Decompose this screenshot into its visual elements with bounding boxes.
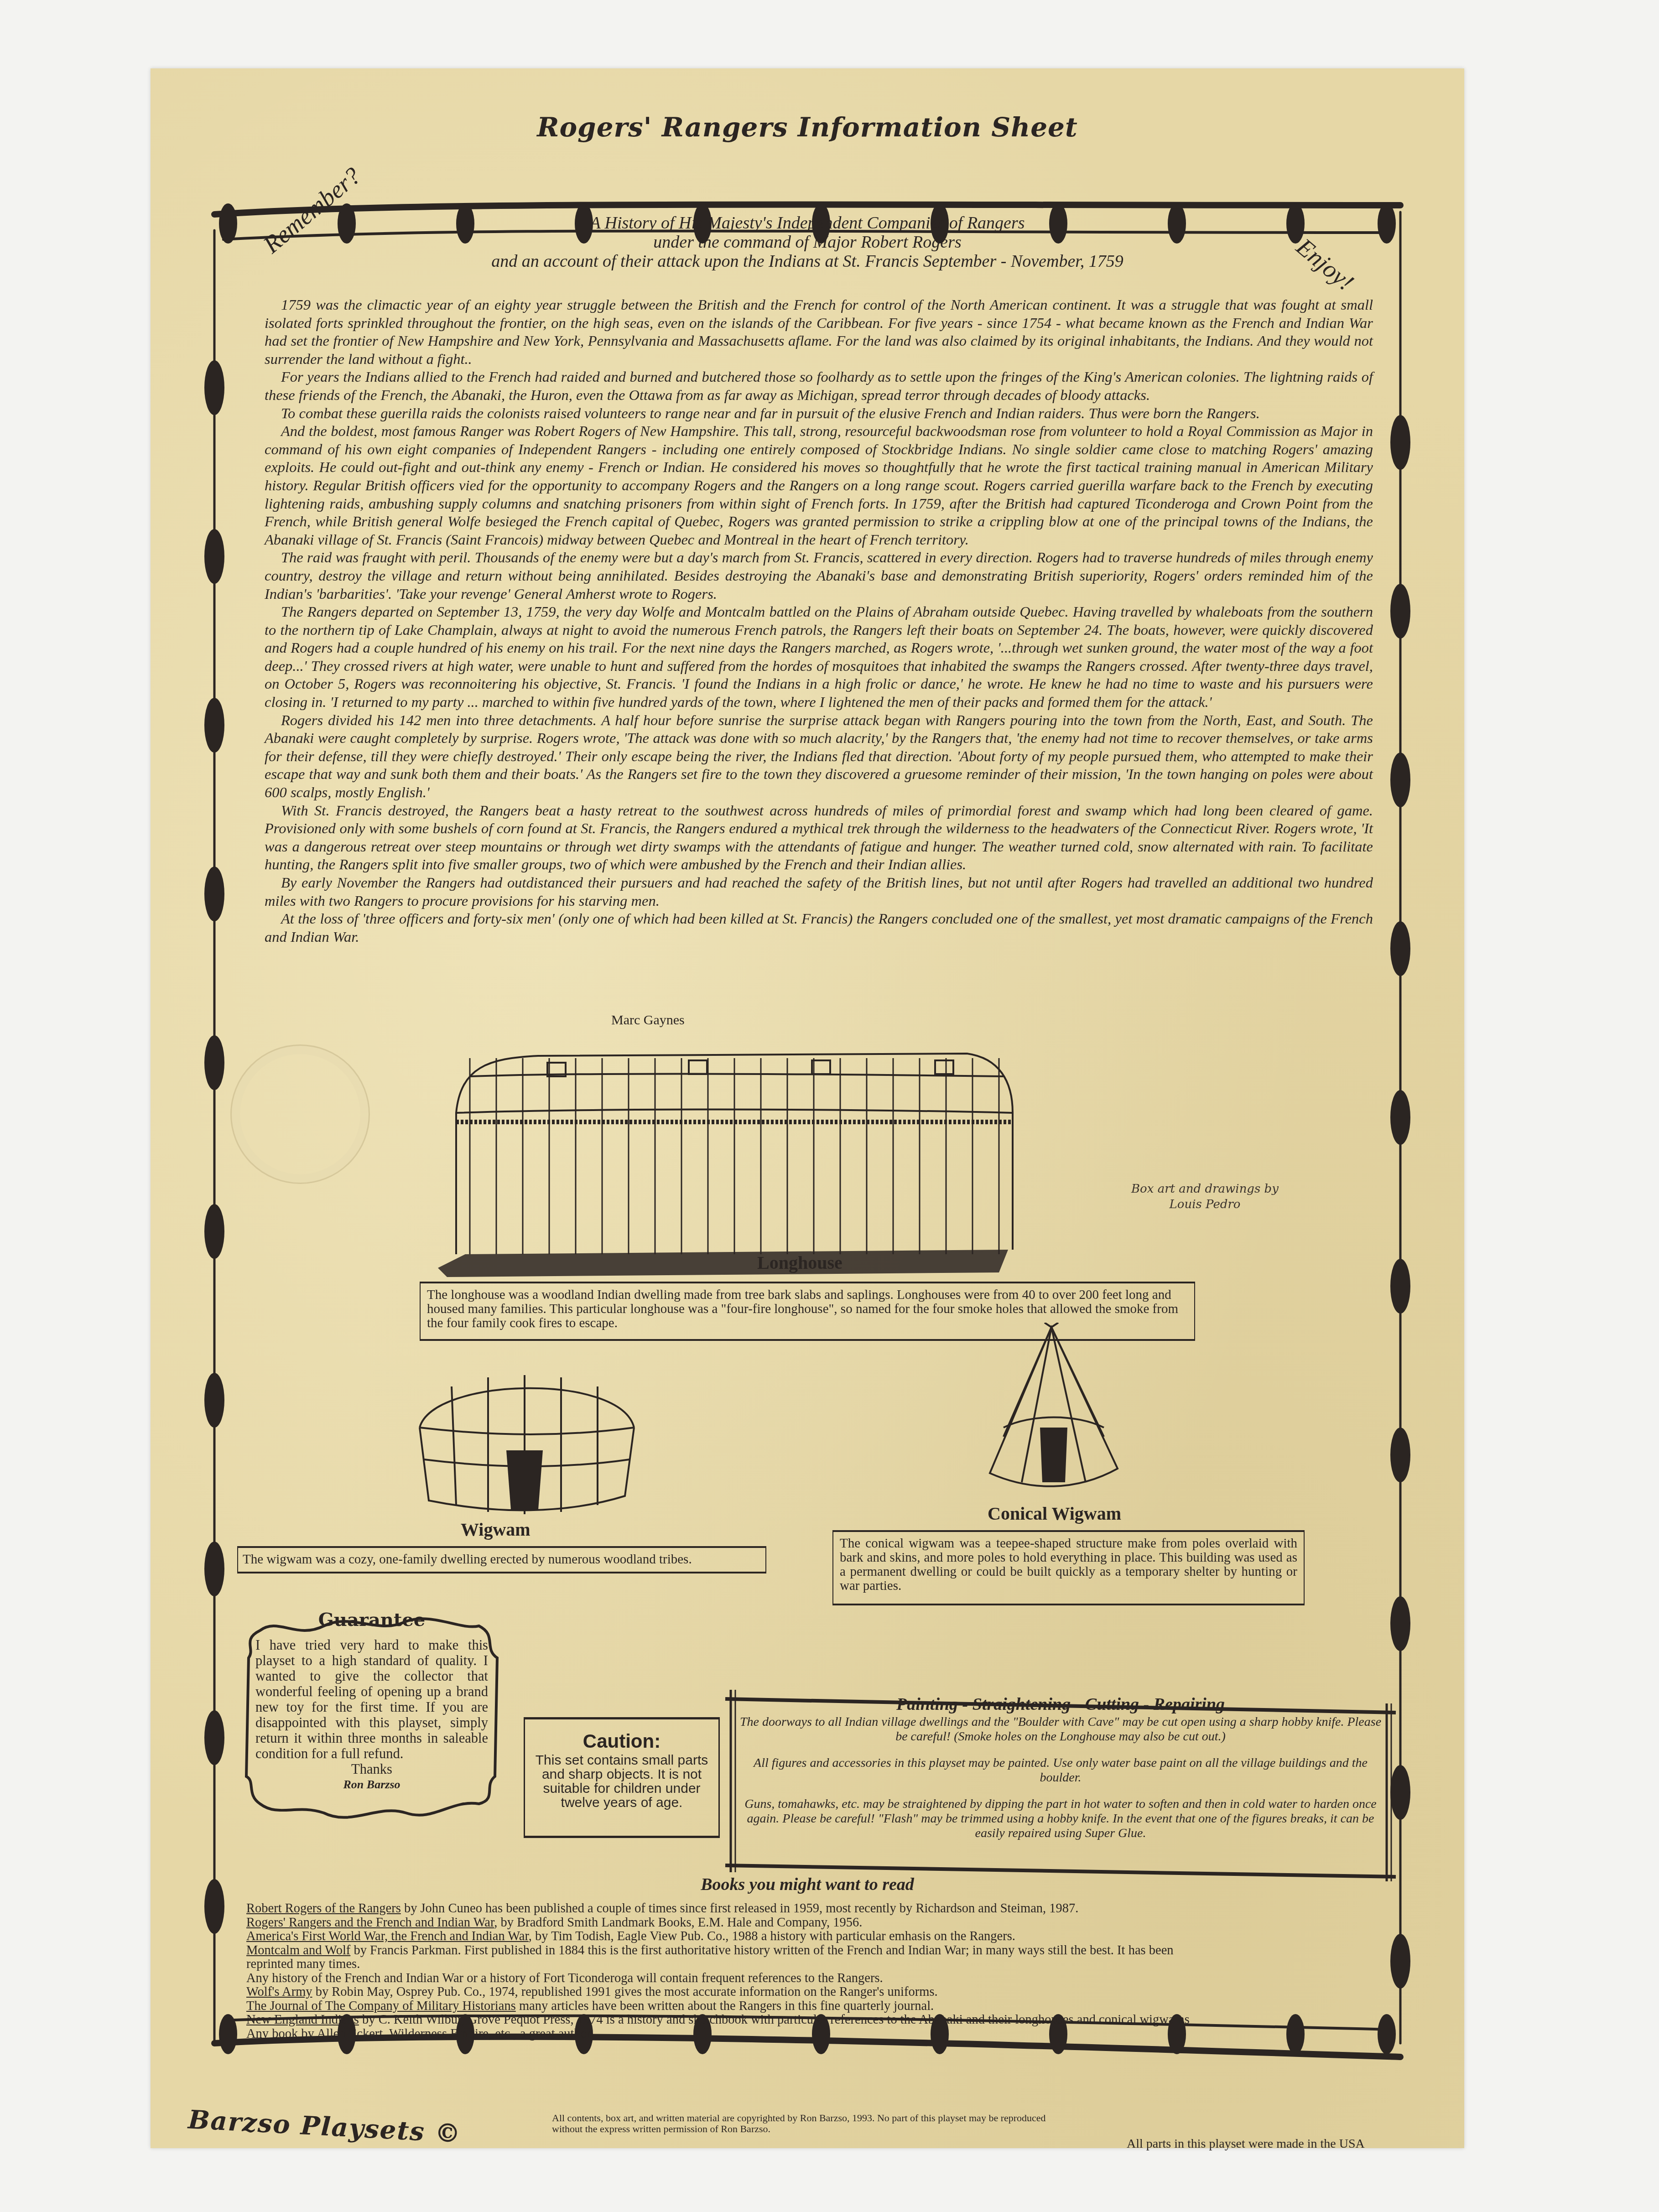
painting-paragraph: Guns, tomahawks, etc. may be straightene… — [739, 1797, 1382, 1841]
guarantee-body: I have tried very hard to make this play… — [255, 1637, 488, 1761]
caution-text: This set contains small parts and sharp … — [525, 1753, 718, 1810]
history-paragraph: At the loss of 'three officers and forty… — [265, 910, 1373, 946]
book-entry: New England Indians by C. Keith Wilbur, … — [246, 2013, 1378, 2027]
book-entry: The Journal of The Company of Military H… — [246, 1999, 1378, 2014]
book-entry: Montcalm and Wolf by Francis Parkman. Fi… — [246, 1944, 1378, 1958]
guarantee-title: Guarantee — [242, 1609, 502, 1630]
subtitle-line: under the command of Major Robert Rogers — [151, 233, 1464, 252]
subtitle-line: A History of His Majesty's Independent C… — [151, 213, 1464, 233]
history-paragraph: By early November the Rangers had outdis… — [265, 874, 1373, 910]
book-entry: Any book by Allen Eckert. Wilderness Emp… — [246, 2027, 1378, 2041]
guarantee-text: I have tried very hard to make this play… — [255, 1637, 488, 1792]
history-paragraph: To combat these guerilla raids the colon… — [265, 405, 1373, 423]
artist-signature: Box art and drawings by Louis Pedro — [1131, 1181, 1279, 1212]
sheet-title: Rogers' Rangers Information Sheet — [151, 112, 1464, 143]
book-entry: Rogers' Rangers and the French and India… — [246, 1916, 1378, 1930]
book-entry: America's First World War, the French an… — [246, 1930, 1378, 1944]
books-title: Books you might want to read — [151, 1874, 1464, 1895]
wigwam-caption: The wigwam was a cozy, one-family dwelli… — [237, 1546, 766, 1573]
book-entry: Robert Rogers of the Rangers by John Cun… — [246, 1902, 1378, 1916]
longhouse-illustration-icon — [420, 1040, 1022, 1277]
painting-instructions: The doorways to all Indian village dwell… — [739, 1715, 1382, 1853]
book-title: Wolf's Army — [246, 1985, 312, 1999]
book-entry: reprinted many times. — [246, 1958, 1378, 1972]
copyright-notice: All contents, box art, and written mater… — [552, 2113, 1054, 2134]
history-paragraph: Rogers divided his 142 men into three de… — [265, 712, 1373, 802]
history-paragraph: For years the Indians allied to the Fren… — [265, 369, 1373, 405]
article-author: Marc Gaynes — [611, 1013, 685, 1028]
book-title: Rogers' Rangers and the French and India… — [246, 1916, 494, 1930]
book-title: New England Indians — [246, 2013, 359, 2027]
guarantee-signature: Ron Barzso — [255, 1777, 488, 1792]
subtitle-line: and an account of their attack upon the … — [151, 252, 1464, 271]
history-paragraph: The Rangers departed on September 13, 17… — [265, 603, 1373, 712]
book-entry: Any history of the French and Indian War… — [246, 1972, 1378, 1986]
book-entry: Wolf's Army by Robin May, Osprey Pub. Co… — [246, 1985, 1378, 1999]
signature-line: Louis Pedro — [1131, 1197, 1279, 1212]
wigwam-title: Wigwam — [461, 1519, 530, 1540]
book-title: Robert Rogers of the Rangers — [246, 1901, 401, 1916]
guarantee-thanks: Thanks — [255, 1761, 488, 1777]
information-sheet: Rogers' Rangers Information Sheet Rememb… — [151, 68, 1464, 2148]
book-title: America's First World War, the French an… — [246, 1929, 529, 1943]
books-list: Robert Rogers of the Rangers by John Cun… — [246, 1902, 1378, 2041]
painting-paragraph: The doorways to all Indian village dwell… — [739, 1715, 1382, 1744]
sheet-subtitle: A History of His Majesty's Independent C… — [151, 213, 1464, 271]
history-paragraph: And the boldest, most famous Ranger was … — [265, 423, 1373, 549]
painting-title: Painting - Straightening - Cutting - Rep… — [721, 1694, 1400, 1714]
longhouse-title: Longhouse — [757, 1252, 843, 1273]
book-title: Wilderness Empire — [389, 2027, 489, 2041]
history-article: 1759 was the climactic year of an eighty… — [265, 296, 1373, 946]
made-in-usa-note: All parts in this playset were made in t… — [1127, 2137, 1365, 2151]
signature-line: Box art and drawings by — [1131, 1181, 1279, 1197]
painting-paragraph: All figures and accessories in this play… — [739, 1756, 1382, 1785]
embossed-seal — [230, 1044, 370, 1184]
history-paragraph: 1759 was the climactic year of an eighty… — [265, 296, 1373, 369]
book-title: Montcalm and Wolf — [246, 1943, 350, 1958]
caution-box: Caution: This set contains small parts a… — [524, 1717, 720, 1838]
caution-title: Caution: — [525, 1730, 718, 1752]
history-paragraph: The raid was fraught with peril. Thousan… — [265, 549, 1373, 603]
wigwam-illustration-icon — [406, 1359, 648, 1519]
history-paragraph: With St. Francis destroyed, the Rangers … — [265, 802, 1373, 874]
conical-wigwam-caption: The conical wigwam was a teepee-shaped s… — [832, 1530, 1305, 1605]
conical-wigwam-illustration-icon — [976, 1323, 1127, 1496]
book-title: The Journal of The Company of Military H… — [246, 1999, 516, 2013]
conical-wigwam-title: Conical Wigwam — [988, 1503, 1121, 1524]
